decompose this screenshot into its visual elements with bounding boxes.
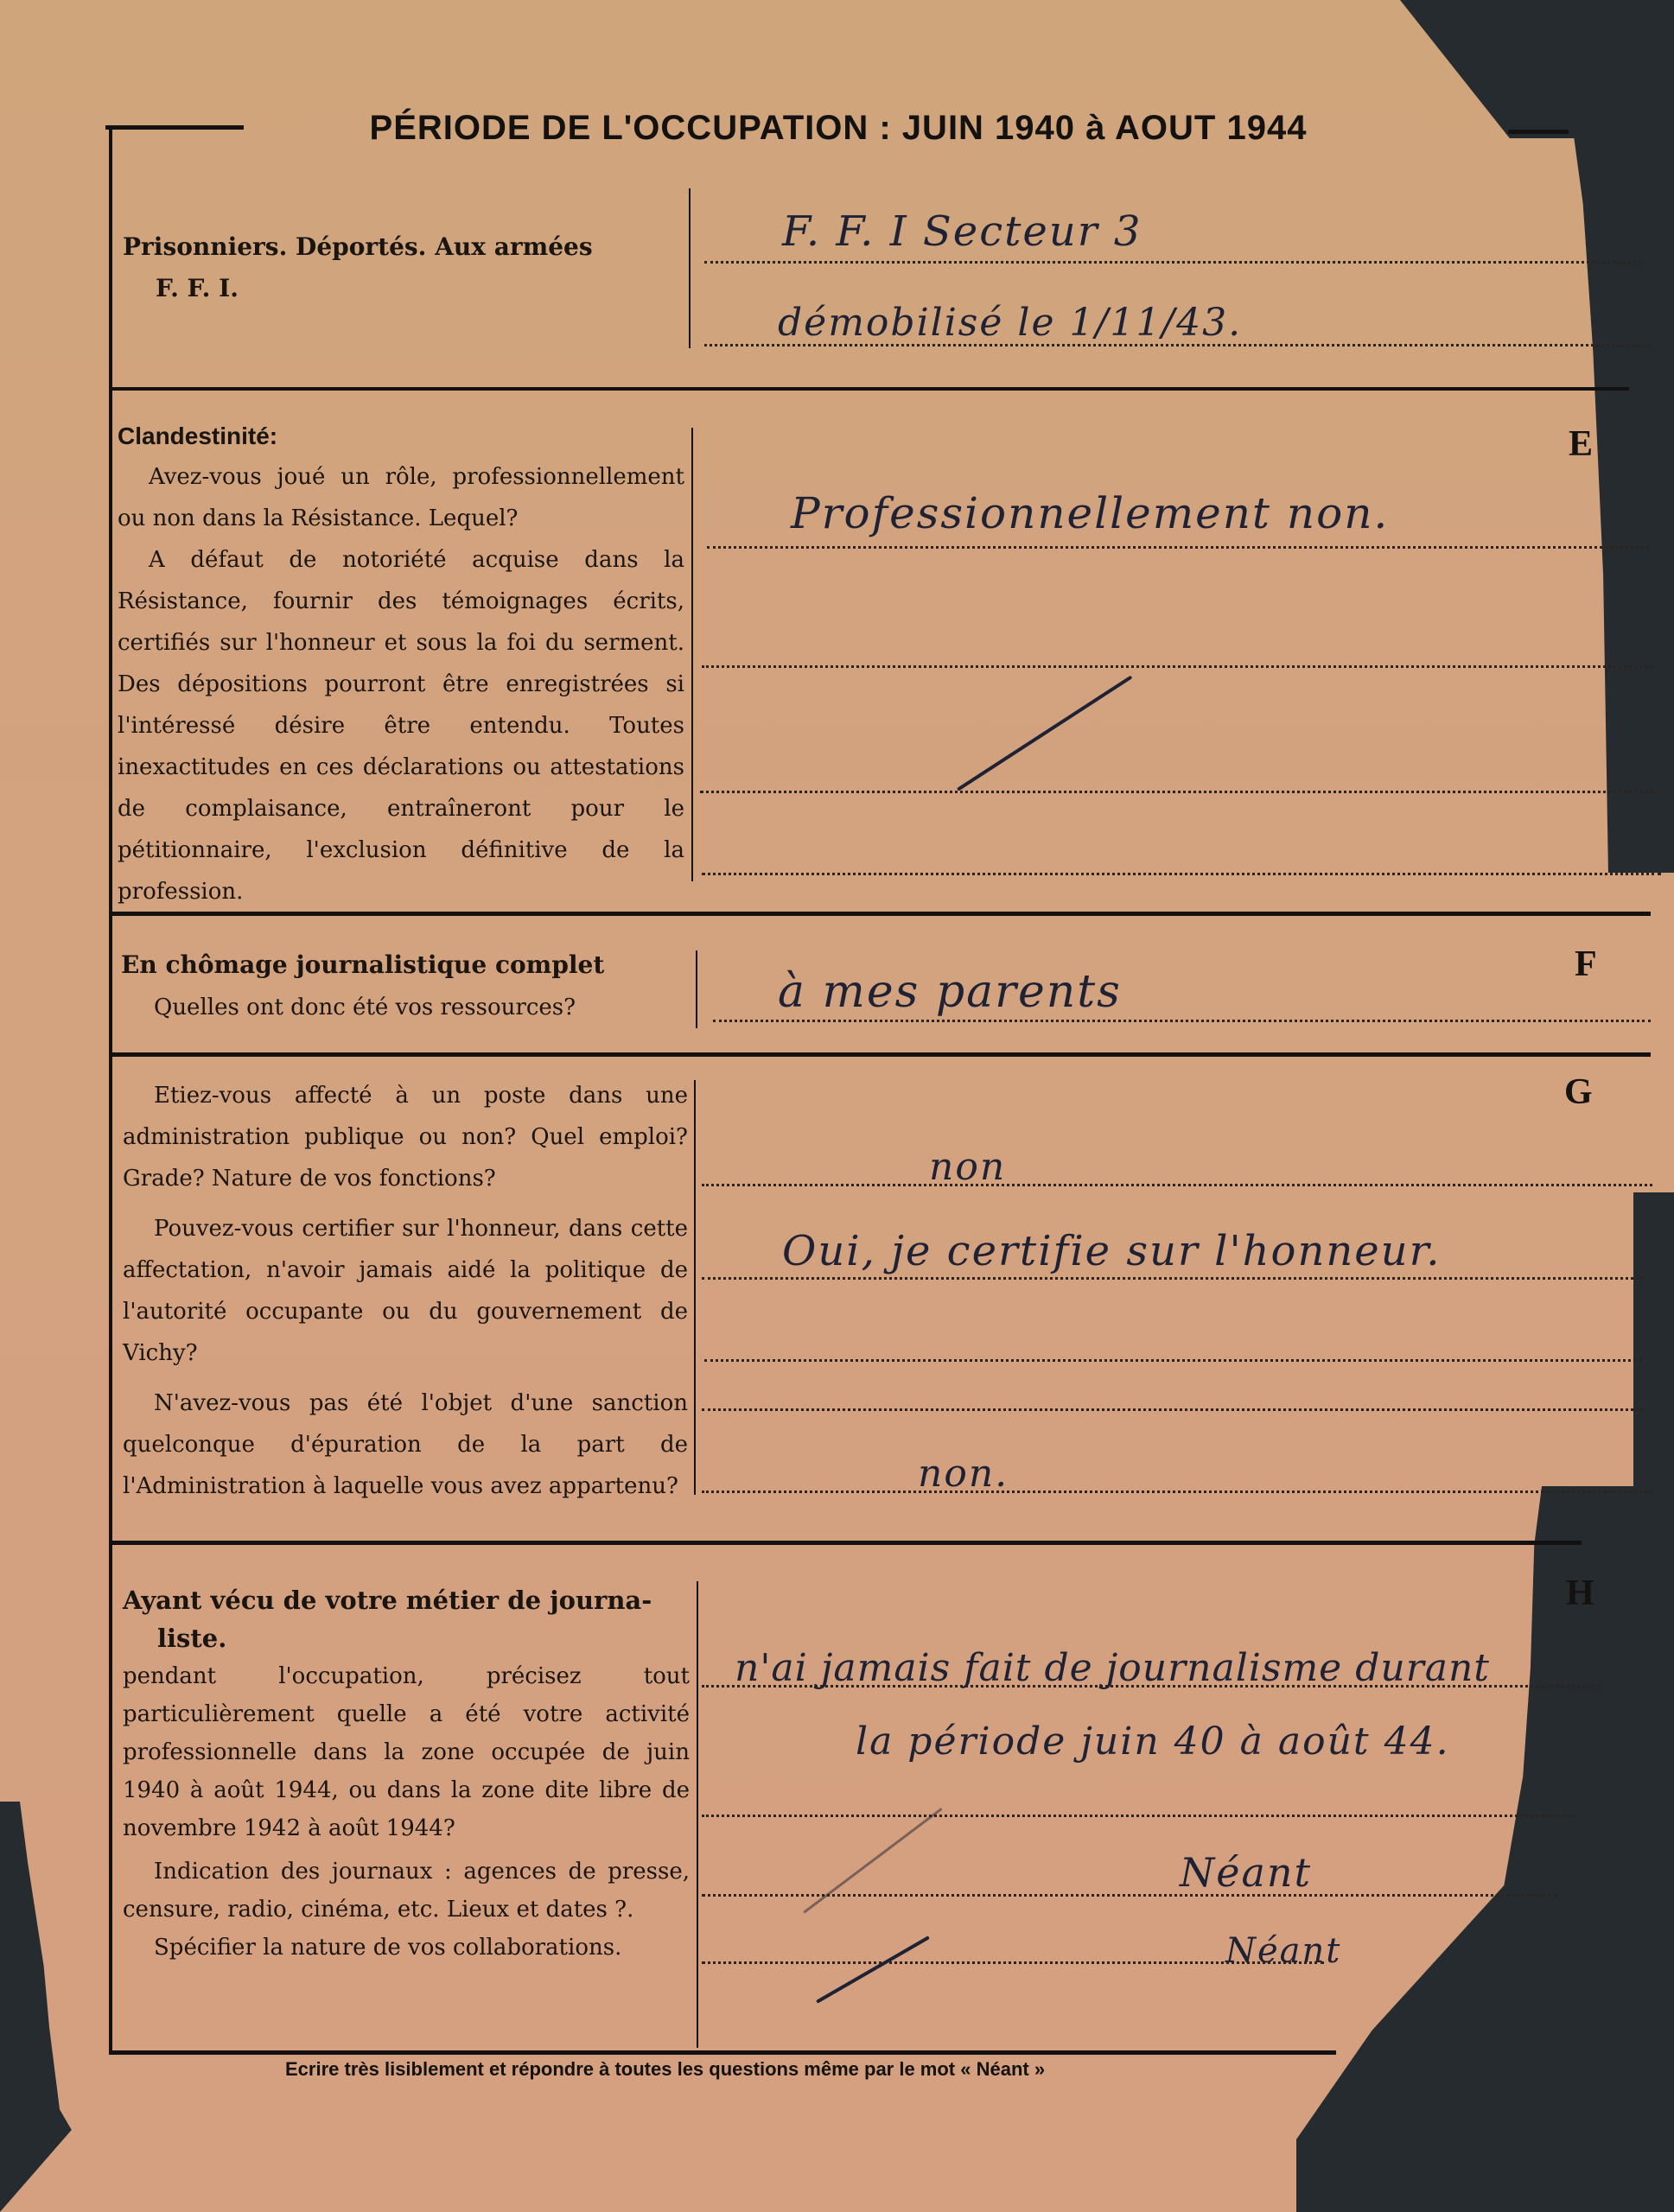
handwritten-answer: non	[929, 1145, 1006, 1189]
question-paragraph: Quelles ont donc été vos ressources?	[121, 987, 691, 1028]
handwritten-answer: non.	[918, 1452, 1009, 1496]
column-divider	[694, 1080, 696, 1495]
answer-line	[702, 1815, 1575, 1817]
answer-line	[702, 873, 1661, 875]
answer-line	[707, 546, 1649, 549]
handwritten-answer: Néant	[1225, 1931, 1341, 1971]
answer-line	[704, 1359, 1642, 1362]
answer-line	[702, 1184, 1652, 1186]
column-divider	[697, 1581, 698, 2048]
footer-instruction: Ecrire très lisiblement et répondre à to…	[285, 2058, 1045, 2081]
question-chomage: En chômage journalistique complet Quelle…	[121, 944, 691, 1028]
answer-line	[700, 791, 1659, 793]
handwritten-answer: la période juin 40 à août 44.	[856, 1719, 1450, 1764]
section-letter: F	[1575, 944, 1597, 985]
question-paragraph: N'avez-vous pas été l'objet d'une sancti…	[123, 1382, 688, 1507]
question-heading-line2: liste.	[157, 1624, 226, 1653]
column-divider	[691, 428, 693, 881]
answer-line	[702, 1894, 1557, 1897]
answer-line	[704, 261, 1642, 264]
title-rule-right	[1508, 130, 1569, 134]
section-letter: H	[1566, 1573, 1594, 1614]
section-divider	[112, 387, 1629, 391]
question-paragraph: A défaut de notoriété acquise dans la Ré…	[118, 539, 684, 912]
question-paragraph: Etiez-vous affecté à un poste dans une a…	[123, 1075, 688, 1199]
question-paragraph: Indication des journaux : agences de pre…	[123, 1853, 690, 1929]
question-heading: Clandestinité:	[118, 423, 277, 449]
section-divider	[112, 1052, 1651, 1057]
handwritten-answer: n'ai jamais fait de journalisme durant	[735, 1646, 1490, 1690]
section-letter: G	[1564, 1071, 1593, 1113]
handwritten-answer: F. F. I Secteur 3	[782, 207, 1142, 256]
section-letter: E	[1569, 423, 1593, 465]
answer-line	[702, 1408, 1644, 1411]
handwritten-answer: Professionnellement non.	[791, 488, 1389, 538]
question-ffi: Prisonniers. Déportés. Aux armées F. F. …	[123, 226, 684, 309]
answer-line	[713, 1020, 1651, 1022]
form-frame	[109, 128, 112, 2053]
section-divider	[112, 1541, 1582, 1545]
torn-edge-right-middle	[1633, 1192, 1674, 1503]
section-divider	[112, 912, 1651, 916]
document-title: PÉRIODE DE L'OCCUPATION : JUIN 1940 à AO…	[104, 102, 1573, 154]
question-heading-line2: F. F. I.	[156, 274, 239, 302]
handwritten-answer: Néant	[1180, 1849, 1312, 1896]
column-divider	[689, 188, 691, 348]
answer-line	[702, 665, 1652, 668]
answer-line	[702, 1491, 1652, 1493]
question-administration: Etiez-vous affecté à un poste dans une a…	[123, 1075, 688, 1507]
question-paragraph: Pouvez-vous certifier sur l'honneur, dan…	[123, 1208, 688, 1374]
column-divider	[696, 950, 697, 1028]
question-heading: Prisonniers. Déportés. Aux armées	[123, 232, 593, 261]
question-paragraph: Spécifier la nature de vos collaboration…	[123, 1929, 690, 1967]
question-heading: En chômage journalistique complet	[121, 950, 604, 979]
question-clandestinite: Clandestinité: Avez-vous joué un rôle, p…	[118, 416, 684, 912]
handwritten-answer: à mes parents	[778, 966, 1122, 1018]
handwritten-answer: Oui, je certifie sur l'honneur.	[782, 1227, 1442, 1275]
question-metier: Ayant vécu de votre métier de journa- li…	[123, 1581, 690, 1967]
question-heading: Ayant vécu de votre métier de journa-	[123, 1586, 652, 1615]
handwritten-answer: démobilisé le 1/11/43.	[778, 301, 1242, 345]
question-paragraph: pendant l'occupation, précisez tout part…	[123, 1657, 690, 1847]
question-paragraph: Avez-vous joué un rôle, professionnellem…	[118, 456, 684, 539]
answer-line	[702, 1277, 1644, 1280]
form-frame-bottom	[109, 2050, 1336, 2055]
